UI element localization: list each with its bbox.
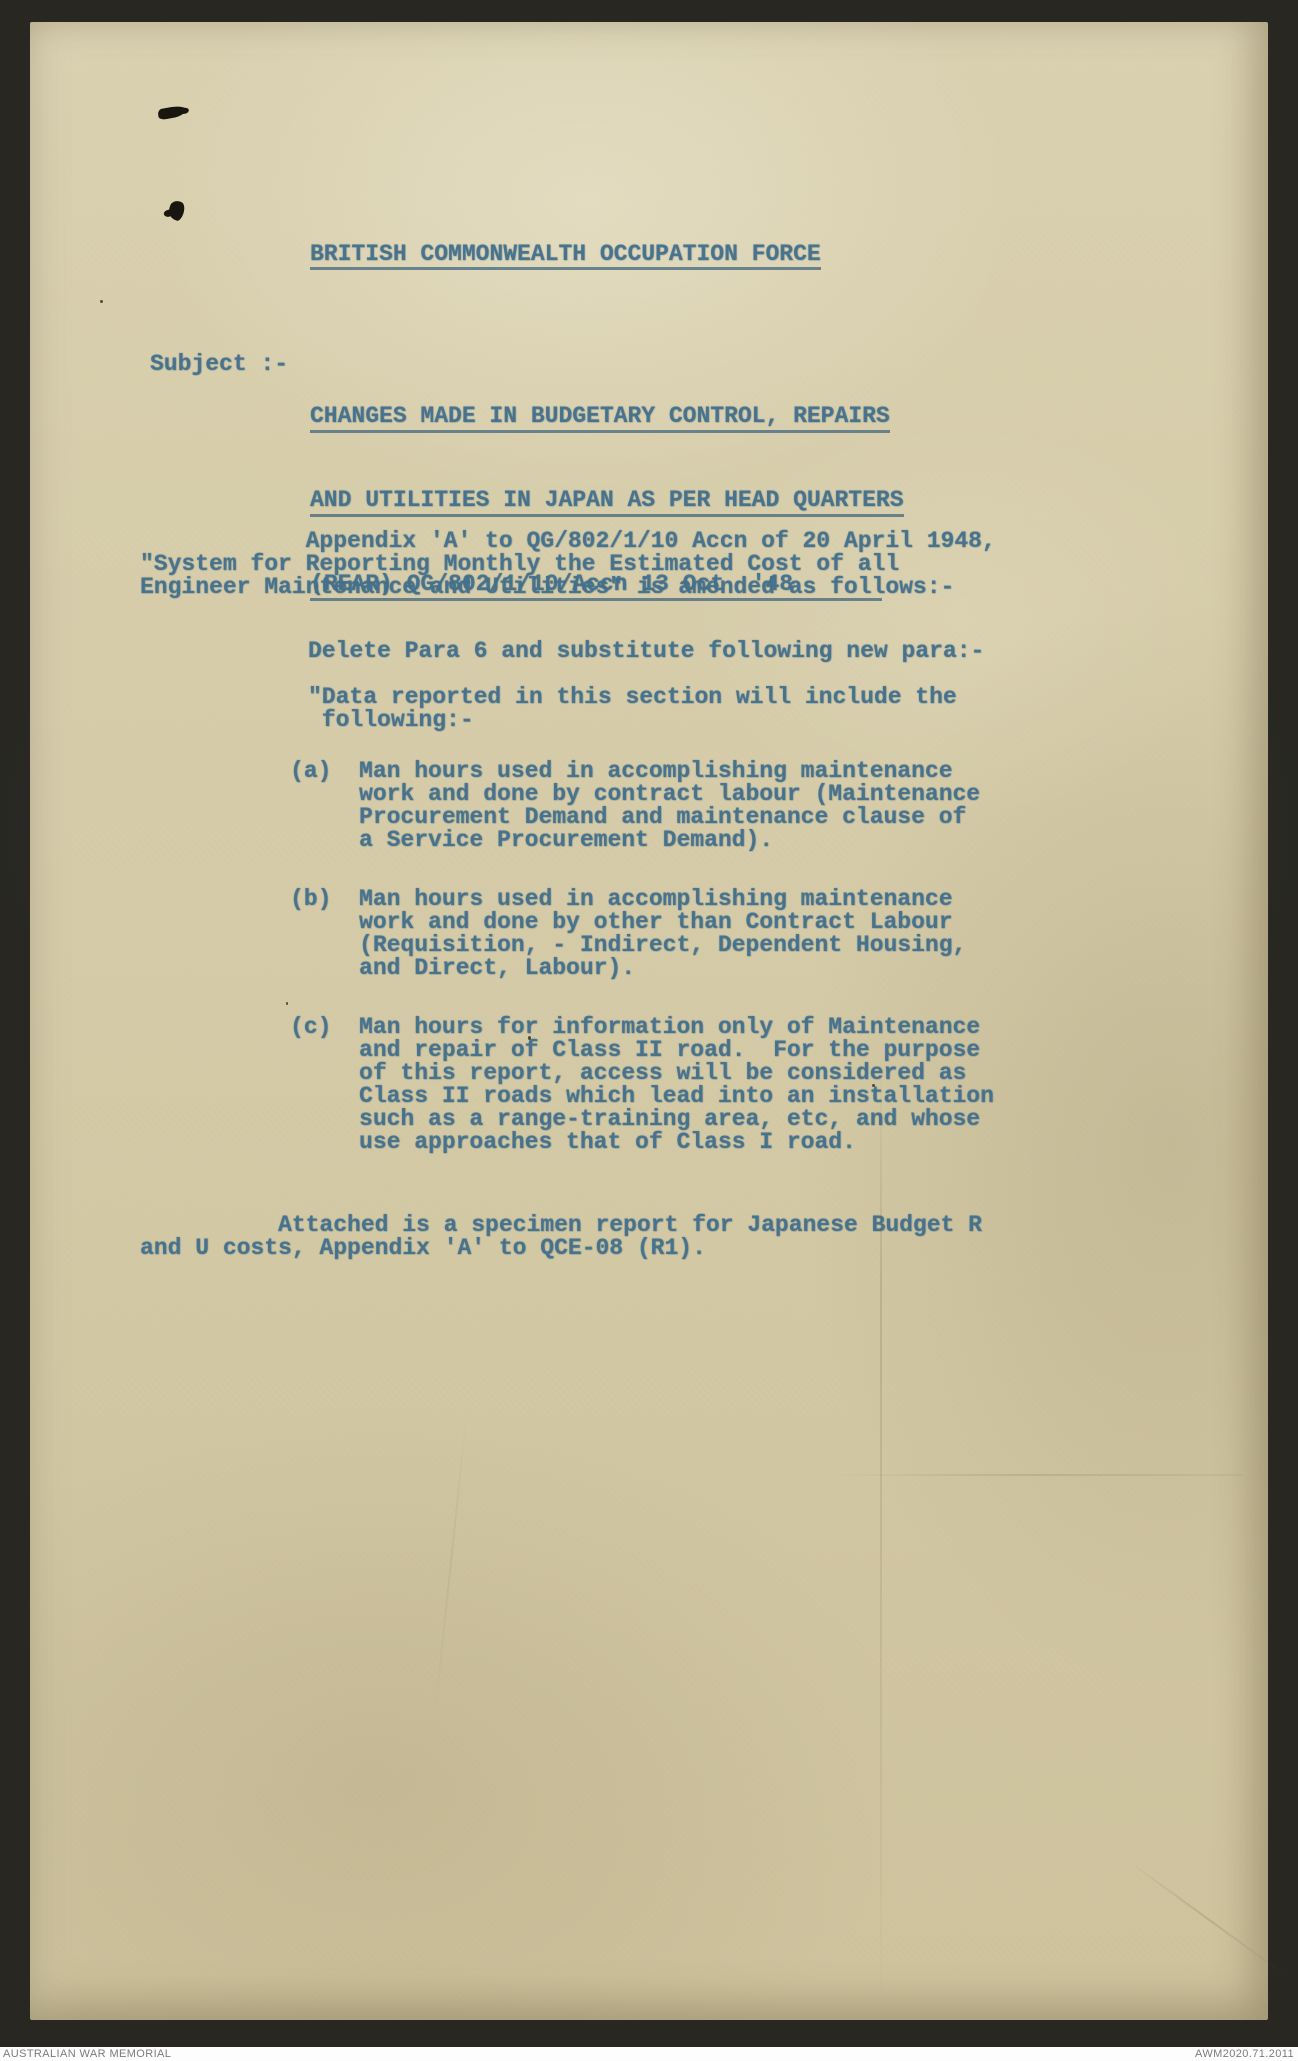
subject-line-1: CHANGES MADE IN BUDGETARY CONTROL, REPAI… [310, 403, 890, 433]
ink-blemish [157, 105, 186, 121]
paper-crease [1127, 1859, 1290, 1978]
document-page: BRITISH COMMONWEALTH OCCUPATION FORCE Su… [30, 22, 1268, 2020]
paragraph-intro: Appendix 'A' to QG/802/1/10 Accn of 20 A… [140, 530, 996, 599]
paragraph-data-reported: "Data reported in this section will incl… [308, 686, 957, 732]
paper-speck [872, 1084, 875, 1087]
list-item-a: (a) Man hours used in accomplishing main… [290, 760, 980, 852]
subject-block: CHANGES MADE IN BUDGETARY CONTROL, REPAI… [310, 351, 904, 655]
list-item-b: (b) Man hours used in accomplishing main… [290, 888, 966, 980]
document-title: BRITISH COMMONWEALTH OCCUPATION FORCE [310, 194, 821, 318]
subject-line-2: AND UTILITIES IN JAPAN AS PER HEAD QUART… [310, 487, 904, 517]
archive-accession-number: AWM2020.71.2011 [1195, 2048, 1298, 2060]
archive-footer: AUSTRALIAN WAR MEMORIAL AWM2020.71.2011 [0, 2047, 1298, 2061]
paper-crease [880, 1052, 882, 2027]
paper-speck [528, 1036, 531, 1040]
paper-speck [100, 300, 103, 303]
paper-crease [822, 1474, 1242, 1476]
paragraph-closing: Attached is a specimen report for Japane… [140, 1214, 982, 1260]
ink-blemish [166, 199, 186, 222]
subject-label: Subject :- [150, 353, 288, 376]
paper-crease [433, 1403, 468, 1721]
archive-source-label: AUSTRALIAN WAR MEMORIAL [0, 2048, 171, 2060]
document-title-text: BRITISH COMMONWEALTH OCCUPATION FORCE [310, 242, 821, 270]
paper-speck [286, 1002, 288, 1005]
paragraph-delete-instruction: Delete Para 6 and substitute following n… [308, 640, 984, 663]
list-item-c: (c) Man hours for information only of Ma… [290, 1016, 994, 1154]
